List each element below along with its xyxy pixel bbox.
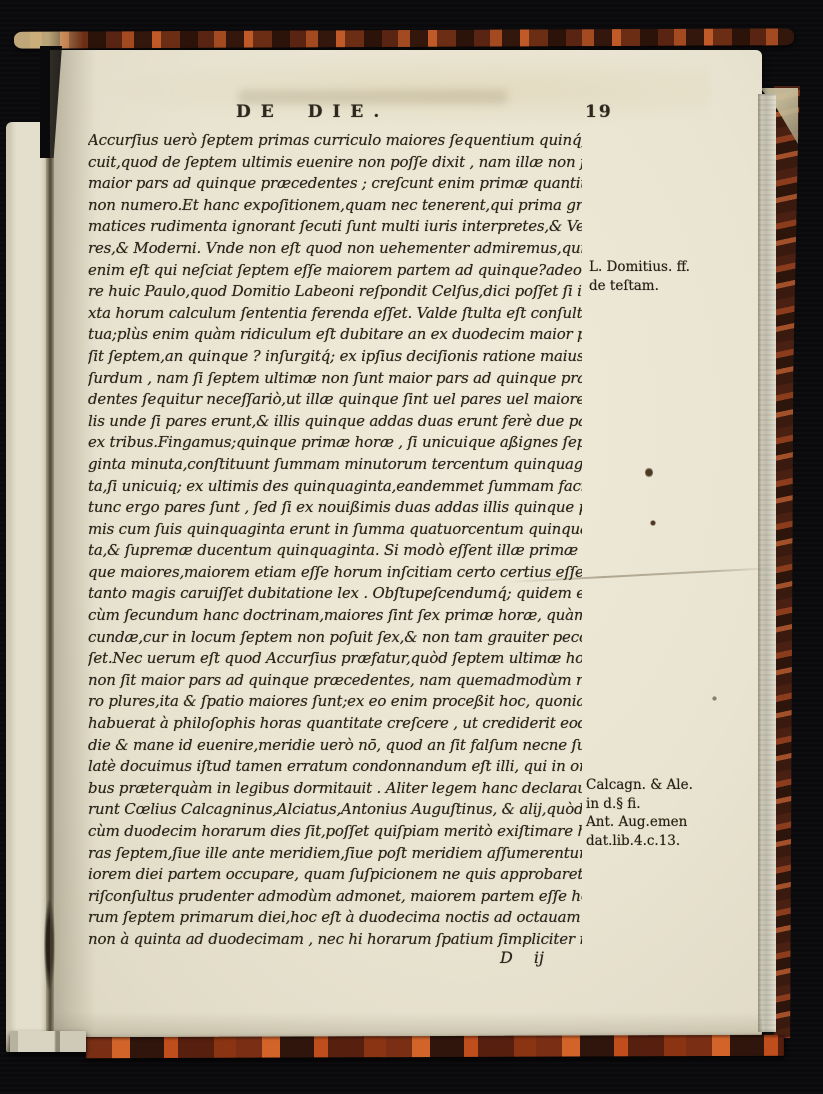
text-line: die & mane id euenire,meridie uerò nō, q… — [88, 735, 582, 757]
text-line: res,& Moderni. Vnde non eſt quod non ueh… — [88, 238, 582, 260]
text-line: ta,ſi unicuiq; ex ultimis des quinquagin… — [88, 476, 582, 498]
text-line: re huic Paulo,quod Domitio Labeoni reſpo… — [88, 281, 582, 303]
text-line: tunc ergo pares ſunt , ſed ſi ex nouißim… — [88, 497, 582, 519]
ink-speck — [712, 696, 717, 701]
text-line: dentes ſequitur neceſſariò,ut illæ quinq… — [88, 389, 582, 411]
margin-note-line: in d.§ fi. — [586, 795, 754, 814]
text-line: rum ſeptem primarum diei,hoc eſt à duode… — [88, 907, 582, 929]
margin-note-line: de teſtam. — [589, 277, 757, 296]
text-line: cuit,quod de ſeptem ultimis euenire non … — [88, 152, 582, 174]
running-header: DEDIE. 19 — [88, 102, 613, 128]
margin-note-domitius: L. Domitius. ff.de teſtam. — [589, 258, 757, 295]
margin-note-line: L. Domitius. ff. — [589, 258, 757, 277]
text-line: tua;plùs enim quàm ridiculum eſt dubitar… — [88, 324, 582, 346]
text-line: tanto magis caruiſſet dubitatione lex . … — [88, 583, 582, 605]
text-line: latè docuimus iſtud tamen erratum condon… — [88, 756, 582, 778]
margin-note-line: Calcagn. & Ale. — [586, 776, 754, 795]
book-bottom-marbled-edge — [86, 1035, 784, 1058]
text-line: lis unde ſi pares erunt,& illis quinque … — [88, 411, 582, 433]
text-line: que maiores,maiorem etiam eſſe horum inſ… — [88, 562, 582, 584]
text-line: ſet.Nec uerum eſt quod Accurſius præfatu… — [88, 648, 582, 670]
text-line: riſconſultus prudenter admodùm admonet, … — [88, 886, 582, 908]
text-line: runt Cœlius Calcagninus,Alciatus,Antoniu… — [88, 799, 582, 821]
text-line: non numero.Et hanc expoſitionem,quam nec… — [88, 195, 582, 217]
text-line: ginta minuta,conſtituunt ſummam minutoru… — [88, 454, 582, 476]
text-line: habuerat à philoſophis horas quantitate … — [88, 713, 582, 735]
text-line: iorem diei partem occupare, quam ſuſpici… — [88, 864, 582, 886]
text-line: matices rudimenta ignorant ſecuti ſunt m… — [88, 216, 582, 238]
text-line: Accurſius uerò ſeptem primas curriculo m… — [88, 130, 582, 152]
facing-page-edge — [6, 122, 48, 1052]
text-line: ras ſeptem,ſiue ille ante meridiem,ſiue … — [88, 843, 582, 865]
ink-speck — [650, 520, 656, 526]
margin-note-line: dat.lib.4.c.13. — [586, 832, 754, 851]
page-bottom-bevel — [50, 1012, 762, 1037]
text-line: maior pars ad quinque præcedentes ; creſ… — [88, 173, 582, 195]
text-line: cùm ſecundum hanc doctrinam,maiores ſint… — [88, 605, 582, 627]
book-cover-marbled-right-edge — [774, 86, 800, 1038]
margin-note-line: Ant. Aug.emen — [586, 813, 754, 832]
text-line: non ſit maior pars ad quinque præcedente… — [88, 670, 582, 692]
text-line: bus præterquàm in legibus dormitauit . A… — [88, 778, 582, 800]
margin-note-calcagninus: Calcagn. & Ale.in d.§ fi.Ant. Aug.emenda… — [586, 776, 754, 850]
text-line: cundæ,cur in locum ſeptem non poſuit ſex… — [88, 627, 582, 649]
text-line: cùm duodecim horarum dies ſit,poſſet qui… — [88, 821, 582, 843]
header-word-de: DE — [236, 102, 284, 122]
text-line: ſit ſeptem,an quinque ? inſurgitq́; ex i… — [88, 346, 582, 368]
text-line: ro plures,ita & ſpatio maiores ſunt;ex e… — [88, 691, 582, 713]
text-line: ta,& ſupremæ ducentum quinquaginta. Si m… — [88, 540, 582, 562]
text-line: mis cum ſuis quinquaginta erunt in ſumma… — [88, 519, 582, 541]
text-line: ex tribus.Fingamus;quinque primæ horæ , … — [88, 432, 582, 454]
header-title: DEDIE. — [236, 102, 389, 122]
text-line: enim eſt qui neſciat ſeptem eſſe maiorem… — [88, 260, 582, 282]
header-word-die: DIE. — [308, 102, 390, 122]
signature-mark: D ij — [500, 948, 544, 967]
text-line: xta horum calculum ſententia ferenda eſſ… — [88, 303, 582, 325]
page-fore-edge — [758, 94, 776, 1032]
body-text-block: Accurſius uerò ſeptem primas curriculo m… — [88, 130, 582, 951]
ink-speck — [645, 467, 653, 478]
book-top-marbled-edge — [14, 28, 794, 48]
text-line: ſurdum , nam ſi ſeptem ultimæ non ſunt m… — [88, 368, 582, 390]
facing-page-bottom-edge — [10, 1031, 86, 1052]
page-number: 19 — [585, 102, 613, 122]
